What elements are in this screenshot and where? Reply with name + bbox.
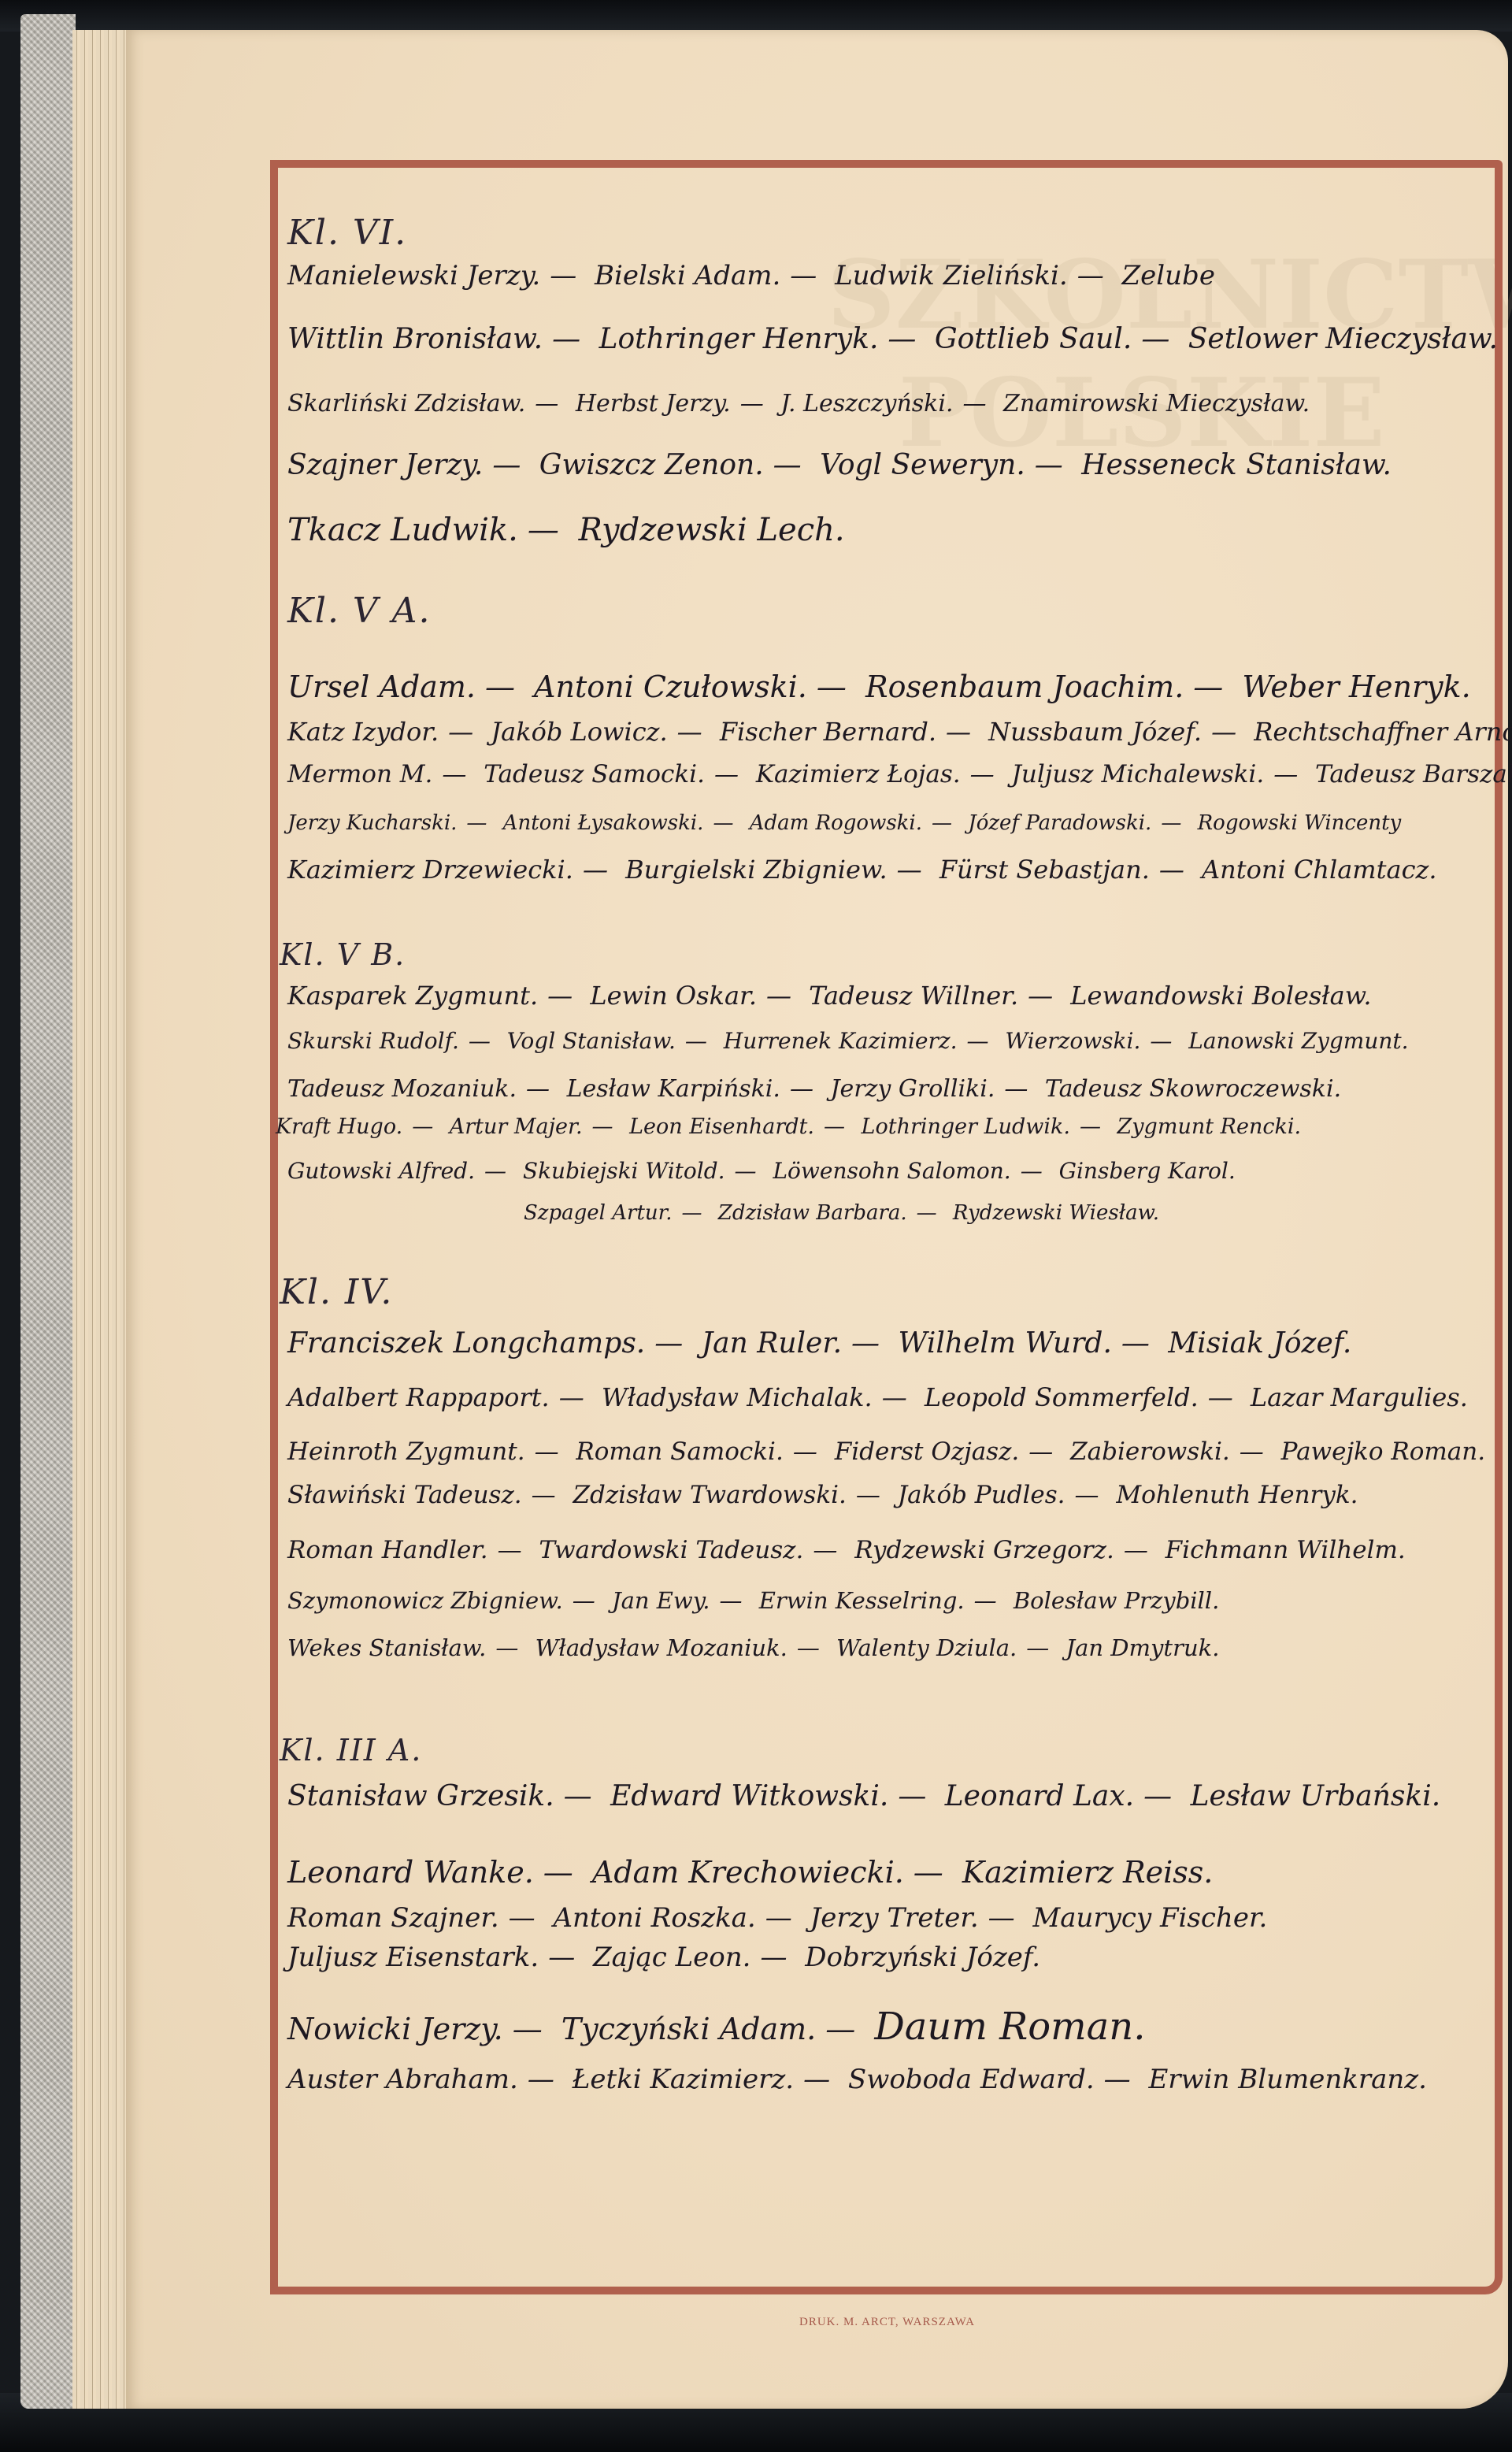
signature-line: Manielewski Jerzy.— Bielski Adam.— Ludwi…	[287, 260, 1221, 291]
signature: Kazimierz Drzewiecki.	[287, 855, 573, 885]
signature-line: Skarliński Zdzisław.— Herbst Jerzy.— J. …	[287, 390, 1316, 417]
signature: Fiderst Ozjasz.	[835, 1437, 1020, 1466]
signature: Józef Paradowski.	[968, 811, 1151, 835]
signature: Heinroth Zygmunt.	[287, 1437, 525, 1466]
printer-imprint: DRUK. M. ARCT, WARSZAWA	[799, 2316, 975, 2329]
signature: Roman Samocki.	[576, 1437, 783, 1466]
signature: Lewandowski Bolesław.	[1070, 981, 1371, 1011]
signature: Władysław Michalak.	[602, 1382, 873, 1412]
signature: Adam Rogowski.	[750, 811, 922, 835]
signature: Znamirowski Mieczysław.	[1003, 390, 1310, 417]
signature: Swoboda Edward.	[848, 2064, 1095, 2095]
signature: Zając Leon.	[593, 1942, 750, 1973]
signature-line: Heinroth Zygmunt.— Roman Samocki.— Fider…	[287, 1437, 1492, 1466]
signature: Szajner Jerzy.	[287, 449, 483, 481]
signature: Mermon M.	[287, 760, 432, 788]
signature: Rydzewski Lech.	[579, 512, 845, 548]
signature: Tyczyński Adam.	[561, 2012, 816, 2046]
signature: Adam Krechowiecki.	[592, 1855, 904, 1890]
signature: Lothringer Ludwik.	[862, 1115, 1070, 1139]
signature: Kasparek Zygmunt.	[287, 981, 538, 1011]
class-label: Kl. V B.	[280, 937, 406, 972]
signature: Rydzewski Wiesław.	[953, 1201, 1159, 1225]
signature: Tadeusz Barszak.	[1315, 760, 1512, 788]
signature: Tadeusz Willner.	[809, 981, 1018, 1011]
signature: Jakób Pudles.	[898, 1481, 1065, 1509]
signature: Lewin Oskar.	[590, 981, 757, 1011]
signature: Erwin Blumenkranz.	[1148, 2064, 1427, 2095]
signature: Jan Dmytruk.	[1065, 1634, 1219, 1661]
signature: Leonard Lax.	[945, 1780, 1134, 1812]
signature: Roman Handler.	[287, 1536, 488, 1564]
signature: Fürst Sebastjan.	[939, 855, 1150, 885]
signature: Leonard Wanke.	[287, 1855, 534, 1890]
signature: Vogl Stanisław.	[507, 1028, 676, 1054]
signature-line: Roman Handler.— Twardowski Tadeusz.— Ryd…	[287, 1536, 1412, 1564]
signature-line: Auster Abraham.— Łetki Kazimierz.— Swobo…	[287, 2064, 1433, 2095]
signature: Kazimierz Reiss.	[962, 1855, 1214, 1890]
signature: Antoni Łysakowski.	[503, 811, 704, 835]
signature: Jan Ruler.	[702, 1327, 842, 1360]
signature-line: Kraft Hugo.— Artur Majer.— Leon Eisenhar…	[276, 1115, 1307, 1139]
signature: Lesław Urbański.	[1191, 1780, 1441, 1812]
signature-line: Szajner Jerzy.— Gwiszcz Zenon.— Vogl Sew…	[287, 449, 1398, 481]
signature: Tadeusz Samocki.	[484, 760, 705, 788]
signature-line: Mermon M.— Tadeusz Samocki.— Kazimierz Ł…	[287, 760, 1512, 788]
signature: Wekes Stanisław.	[287, 1634, 486, 1661]
signature: Adalbert Rappaport.	[287, 1382, 550, 1412]
signature: Skarliński Zdzisław.	[287, 390, 525, 417]
signature: Juljusz Eisenstark.	[287, 1942, 539, 1973]
signature: Mohlenuth Henryk.	[1116, 1481, 1358, 1509]
signature: Wilhelm Wurd.	[899, 1327, 1112, 1360]
signature: Roman Szajner.	[287, 1902, 499, 1934]
signature: Artur Majer.	[450, 1115, 583, 1139]
signature: Gutowski Alfred.	[287, 1158, 475, 1184]
class-label: Kl. VI.	[287, 213, 407, 253]
signature: Hurrenek Kazimierz.	[724, 1028, 958, 1054]
signature: Franciszek Longchamps.	[287, 1327, 645, 1360]
signature: Herbst Jerzy.	[576, 390, 731, 417]
signature: Fichmann Wilhelm.	[1165, 1536, 1406, 1564]
signature-line: Katz Izydor.— Jakób Lowicz.— Fischer Ber…	[287, 717, 1512, 747]
signature: Zelube	[1122, 260, 1215, 291]
signature: Zdzisław Barbara.	[718, 1201, 907, 1225]
signature: Kazimierz Łojas.	[756, 760, 961, 788]
signature: Gwiszcz Zenon.	[539, 449, 764, 481]
signature: Maurycy Fischer.	[1032, 1902, 1267, 1934]
signature: Lanowski Zygmunt.	[1188, 1028, 1408, 1054]
signature: Misiak Józef.	[1168, 1327, 1351, 1360]
signature: Zabierowski.	[1070, 1437, 1230, 1466]
signature-line: Tkacz Ludwik.— Rydzewski Lech.	[287, 512, 851, 548]
book-spine-cloth	[20, 14, 76, 2409]
signature: Löwensohn Salomon.	[773, 1158, 1010, 1184]
signature-line: Wekes Stanisław.— Władysław Mozaniuk.— W…	[287, 1634, 1225, 1661]
signature: Szymonowicz Zbigniew.	[287, 1587, 563, 1614]
signature: Leopold Sommerfeld.	[925, 1382, 1199, 1412]
signature: Jerzy Treter.	[810, 1902, 979, 1934]
signature: Rydzewski Grzegorz.	[854, 1536, 1114, 1564]
signature: Jakób Lowicz.	[491, 717, 667, 747]
signature: Stanisław Grzesik.	[287, 1780, 554, 1812]
class-label: Kl. IV.	[280, 1272, 393, 1312]
scanned-album-page: SZKOLNICTWO POLSKIE Kl. VI. Manielewski …	[0, 0, 1512, 2452]
signature: Skurski Rudolf.	[287, 1028, 459, 1054]
signature-line: Franciszek Longchamps.— Jan Ruler.— Wilh…	[287, 1327, 1358, 1360]
signature: Twardowski Tadeusz.	[539, 1536, 803, 1564]
signature: Leon Eisenhardt.	[629, 1115, 814, 1139]
signature: Burgielski Zbigniew.	[625, 855, 888, 885]
signature: Antoni Chlamtacz.	[1202, 855, 1437, 885]
signature-line: Wittlin Bronisław.— Lothringer Henryk.— …	[287, 323, 1504, 355]
signature: Hesseneck Stanisław.	[1081, 449, 1392, 481]
signature-line: Szymonowicz Zbigniew.— Jan Ewy.— Erwin K…	[287, 1587, 1225, 1614]
signature: Pawejko Roman.	[1281, 1437, 1485, 1466]
signature-line: Leonard Wanke.— Adam Krechowiecki.— Kazi…	[287, 1855, 1219, 1890]
signature-line: Szpagel Artur.— Zdzisław Barbara.— Rydze…	[524, 1201, 1165, 1225]
signature-line: Sławiński Tadeusz.— Zdzisław Twardowski.…	[287, 1481, 1365, 1509]
signature-line: Kasparek Zygmunt.— Lewin Oskar.— Tadeusz…	[287, 981, 1378, 1011]
signature: Jerzy Grolliki.	[830, 1075, 995, 1103]
signature: Sławiński Tadeusz.	[287, 1481, 522, 1509]
signature: Tadeusz Skowroczewski.	[1045, 1075, 1341, 1103]
signature: Fischer Bernard.	[720, 717, 936, 747]
signature: Szpagel Artur.	[524, 1201, 673, 1225]
signature: Ursel Adam.	[287, 670, 476, 704]
signature: Erwin Kesselring.	[759, 1587, 965, 1614]
signature: Tadeusz Mozaniuk.	[287, 1075, 517, 1103]
signature: Setlower Mieczysław.	[1188, 323, 1498, 355]
signature: Nussbaum Józef.	[988, 717, 1202, 747]
signature: Lazar Margulies.	[1251, 1382, 1468, 1412]
signature-line: Ursel Adam.— Antoni Czułowski.— Rosenbau…	[287, 670, 1477, 704]
signature-line: Tadeusz Mozaniuk.— Lesław Karpiński.— Je…	[287, 1075, 1347, 1103]
signature: Rechtschaffner Arnold.	[1254, 717, 1512, 747]
signature: Rosenbaum Joachim.	[865, 670, 1184, 704]
signature: Rogowski Wincenty	[1198, 811, 1402, 835]
signature: Wittlin Bronisław.	[287, 323, 543, 355]
signature: Władysław Mozaniuk.	[535, 1634, 787, 1661]
signature: Walenty Dziula.	[836, 1634, 1017, 1661]
signature-line: Juljusz Eisenstark.— Zając Leon.— Dobrzy…	[287, 1942, 1047, 1973]
signature-line: Jerzy Kucharski.— Antoni Łysakowski.— Ad…	[287, 811, 1407, 835]
signature: Ginsberg Karol.	[1059, 1158, 1236, 1184]
page-stack-edge	[72, 30, 128, 2409]
signature: Antoni Czułowski.	[534, 670, 807, 704]
signature: Ludwik Zieliński.	[835, 260, 1068, 291]
signature: Wierzowski.	[1005, 1028, 1140, 1054]
signature: Kraft Hugo.	[276, 1115, 402, 1139]
signature-line: Adalbert Rappaport.— Władysław Michalak.…	[287, 1382, 1474, 1412]
signature: J. Leszczyński.	[780, 390, 953, 417]
signature: Weber Henryk.	[1242, 670, 1470, 704]
signature: Bolesław Przybill.	[1014, 1587, 1219, 1614]
signature: Lesław Karpiński.	[567, 1075, 780, 1103]
signature: Bielski Adam.	[595, 260, 780, 291]
signature: Zdzisław Twardowski.	[573, 1481, 847, 1509]
signature-line: Kazimierz Drzewiecki.— Burgielski Zbigni…	[287, 855, 1443, 885]
signature: Vogl Seweryn.	[820, 449, 1025, 481]
signature: Nowicki Jerzy.	[287, 2012, 503, 2046]
signature: Tkacz Ludwik.	[287, 512, 518, 548]
signature: Edward Witkowski.	[610, 1780, 888, 1812]
signature-line: Gutowski Alfred.— Skubiejski Witold.— Lö…	[287, 1158, 1242, 1184]
signature: Łetki Kazimierz.	[573, 2064, 794, 2095]
signature-line: Skurski Rudolf.— Vogl Stanisław.— Hurren…	[287, 1028, 1415, 1054]
signature: Katz Izydor.	[287, 717, 439, 747]
signature-line: Nowicki Jerzy.— Tyczyński Adam.— Daum Ro…	[287, 2005, 1151, 2049]
signature: Juljusz Michalewski.	[1011, 760, 1264, 788]
signature: Lothringer Henryk.	[599, 323, 879, 355]
signature: Auster Abraham.	[287, 2064, 518, 2095]
class-label: Kl. V A.	[287, 591, 431, 631]
signature: Dobrzyński Józef.	[805, 1942, 1040, 1973]
background-top	[0, 0, 1512, 32]
signature: Antoni Roszka.	[553, 1902, 755, 1934]
signature: Zygmunt Rencki.	[1117, 1115, 1302, 1139]
signature: Jerzy Kucharski.	[287, 811, 457, 835]
signature: Gottlieb Saul.	[935, 323, 1132, 355]
signature: Manielewski Jerzy.	[287, 260, 540, 291]
signature: Skubiejski Witold.	[523, 1158, 725, 1184]
signature-line: Stanisław Grzesik.— Edward Witkowski.— L…	[287, 1780, 1447, 1812]
signature: Jan Ewy.	[612, 1587, 710, 1614]
class-label: Kl. III A.	[280, 1733, 422, 1768]
signature-line: Roman Szajner.— Antoni Roszka.— Jerzy Tr…	[287, 1902, 1273, 1934]
signature: Daum Roman.	[874, 2005, 1145, 2049]
